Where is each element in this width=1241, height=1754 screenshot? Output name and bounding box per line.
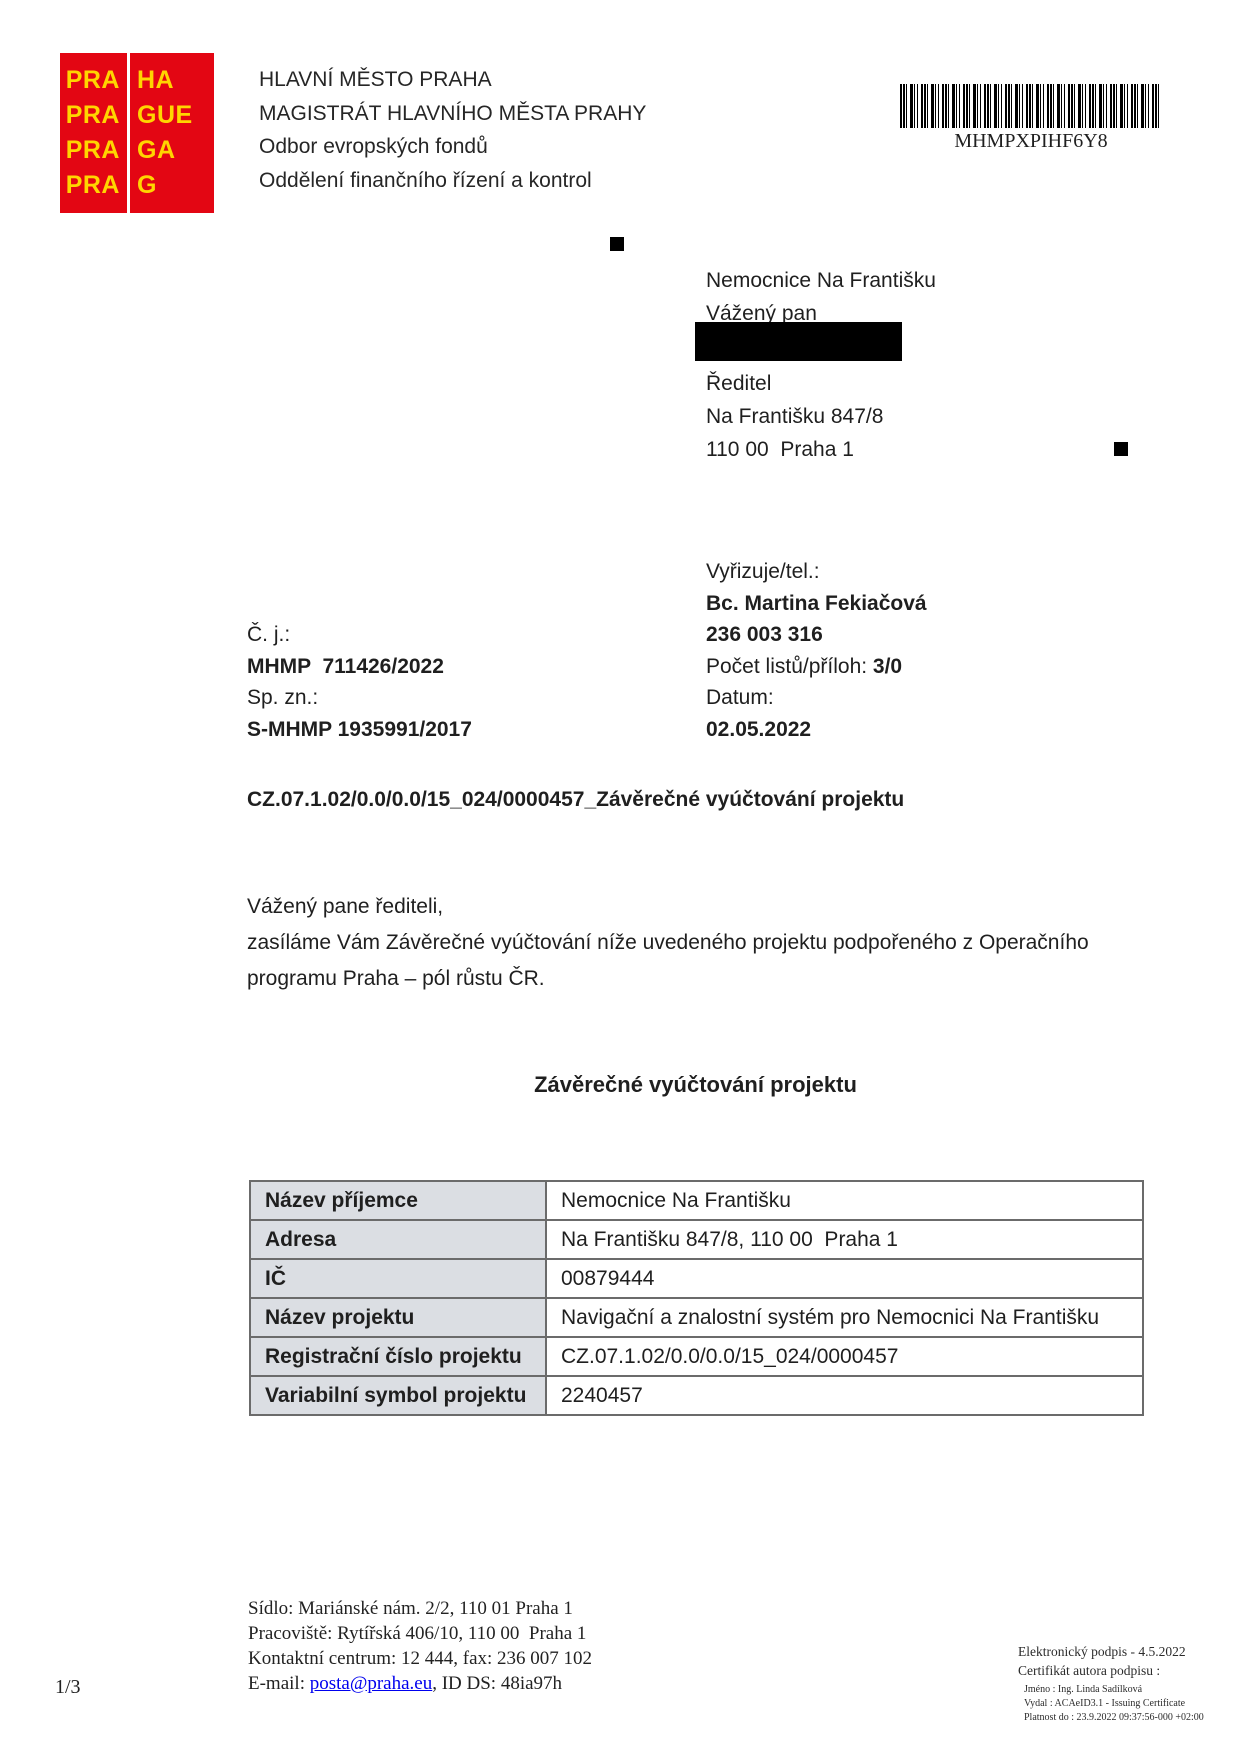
handler-label: Vyřizuje/tel.: bbox=[706, 556, 927, 588]
signature-title: Elektronický podpis - 4.5.2022 bbox=[1018, 1643, 1204, 1662]
date-value: 02.05.2022 bbox=[706, 714, 927, 746]
recipient-organization: Nemocnice Na Františku bbox=[706, 264, 936, 297]
logo-word: GUE bbox=[137, 98, 214, 133]
praha-logo-right-column: HA GUE GA G bbox=[130, 53, 214, 213]
email-suffix: , ID DS: 48ia97h bbox=[432, 1673, 562, 1694]
table-value-cell: 00879444 bbox=[546, 1259, 1143, 1298]
footer-line: Kontaktní centrum: 12 444, fax: 236 007 … bbox=[248, 1646, 592, 1671]
table-label-cell: Registrační číslo projektu bbox=[250, 1337, 546, 1376]
recipient-city: 110 00 Praha 1 bbox=[706, 433, 854, 466]
table-row: IČ 00879444 bbox=[250, 1259, 1143, 1298]
logo-word: PRA bbox=[60, 63, 120, 98]
sheets-line: Počet listů/příloh: 3/0 bbox=[706, 651, 927, 683]
logo-word: PRA bbox=[60, 168, 120, 203]
table-value-cell: CZ.07.1.02/0.0/0.0/15_024/0000457 bbox=[546, 1337, 1143, 1376]
signature-block: Elektronický podpis - 4.5.2022 Certifiká… bbox=[1018, 1643, 1204, 1725]
footer-line: Pracoviště: Rytířská 406/10, 110 00 Prah… bbox=[248, 1621, 592, 1646]
table-row: Adresa Na Františku 847/8, 110 00 Praha … bbox=[250, 1220, 1143, 1259]
body-line: programu Praha – pól růstu ČR. bbox=[247, 961, 1089, 997]
letter-body: Vážený pane řediteli, zasíláme Vám Závěr… bbox=[247, 889, 1089, 997]
table-value-cell: Navigační a znalostní systém pro Nemocni… bbox=[546, 1298, 1143, 1337]
letterhead-line: Oddělení finančního řízení a kontrol bbox=[259, 164, 646, 198]
email-link[interactable]: posta@praha.eu bbox=[310, 1673, 432, 1694]
logo-word: G bbox=[137, 168, 214, 203]
letterhead: HLAVNÍ MĚSTO PRAHA MAGISTRÁT HLAVNÍHO MĚ… bbox=[259, 63, 646, 197]
table-row: Registrační číslo projektu CZ.07.1.02/0.… bbox=[250, 1337, 1143, 1376]
signature-details: Jméno : Ing. Linda Sadílková Vydal : ACA… bbox=[1024, 1683, 1204, 1725]
signature-name: Jméno : Ing. Linda Sadílková bbox=[1024, 1683, 1204, 1697]
praha-logo: PRA PRA PRA PRA HA GUE GA G bbox=[60, 53, 214, 213]
table-value-cell: Na Františku 847/8, 110 00 Praha 1 bbox=[546, 1220, 1143, 1259]
table-value-cell: Nemocnice Na Františku bbox=[546, 1181, 1143, 1220]
praha-logo-left-column: PRA PRA PRA PRA bbox=[60, 53, 127, 213]
barcode: MHMPXPIHF6Y8 bbox=[900, 84, 1162, 153]
sheets-label: Počet listů/příloh: bbox=[706, 655, 873, 678]
table-row: Název příjemce Nemocnice Na Františku bbox=[250, 1181, 1143, 1220]
spzn-label: Sp. zn.: bbox=[247, 682, 472, 714]
signature-validity: Platnost do : 23.9.2022 09:37:56-000 +02… bbox=[1024, 1711, 1204, 1725]
signature-cert-label: Certifikát autora podpisu : bbox=[1018, 1662, 1204, 1681]
email-prefix: E-mail: bbox=[248, 1673, 310, 1694]
project-table: Název příjemce Nemocnice Na Františku Ad… bbox=[249, 1180, 1144, 1416]
cj-label: Č. j.: bbox=[247, 619, 472, 651]
table-row: Název projektu Navigační a znalostní sys… bbox=[250, 1298, 1143, 1337]
footer-line: Sídlo: Mariánské nám. 2/2, 110 01 Praha … bbox=[248, 1596, 592, 1621]
body-salutation: Vážený pane řediteli, bbox=[247, 889, 1089, 925]
section-title: Závěrečné vyúčtování projektu bbox=[247, 1072, 1144, 1098]
barcode-bars bbox=[900, 84, 1162, 128]
recipient-title: Ředitel bbox=[706, 367, 771, 400]
footer-contact: Sídlo: Mariánské nám. 2/2, 110 01 Praha … bbox=[248, 1596, 592, 1696]
date-label: Datum: bbox=[706, 682, 927, 714]
spzn-value: S-MHMP 1935991/2017 bbox=[247, 714, 472, 746]
footer-email-line: E-mail: posta@praha.eu, ID DS: 48ia97h bbox=[248, 1671, 592, 1696]
barcode-value: MHMPXPIHF6Y8 bbox=[900, 130, 1162, 153]
fold-mark-top bbox=[610, 237, 624, 251]
logo-word: PRA bbox=[60, 133, 120, 168]
subject-line: CZ.07.1.02/0.0/0.0/15_024/0000457_Závěre… bbox=[247, 788, 904, 812]
table-value-cell: 2240457 bbox=[546, 1376, 1143, 1415]
sheets-value: 3/0 bbox=[873, 655, 902, 678]
recipient-street: Na Františku 847/8 bbox=[706, 400, 883, 433]
body-line: zasíláme Vám Závěrečné vyúčtování níže u… bbox=[247, 925, 1089, 961]
letterhead-line: Odbor evropských fondů bbox=[259, 130, 646, 164]
logo-word: HA bbox=[137, 63, 214, 98]
table-label-cell: Variabilní symbol projektu bbox=[250, 1376, 546, 1415]
table-row: Variabilní symbol projektu 2240457 bbox=[250, 1376, 1143, 1415]
letterhead-line: MAGISTRÁT HLAVNÍHO MĚSTA PRAHY bbox=[259, 97, 646, 131]
table-label-cell: IČ bbox=[250, 1259, 546, 1298]
document-page: PRA PRA PRA PRA HA GUE GA G HLAVNÍ MĚSTO… bbox=[0, 0, 1241, 1754]
reference-right-column: Vyřizuje/tel.: Bc. Martina Fekiačová 236… bbox=[706, 556, 927, 745]
reference-left-column: Č. j.: MHMP 711426/2022 Sp. zn.: S-MHMP … bbox=[247, 619, 472, 745]
signature-issuer: Vydal : ACAeID3.1 - Issuing Certificate bbox=[1024, 1697, 1204, 1711]
handler-name: Bc. Martina Fekiačová bbox=[706, 588, 927, 620]
letterhead-line: HLAVNÍ MĚSTO PRAHA bbox=[259, 63, 646, 97]
handler-phone: 236 003 316 bbox=[706, 619, 927, 651]
logo-word: GA bbox=[137, 133, 214, 168]
table-label-cell: Adresa bbox=[250, 1220, 546, 1259]
table-label-cell: Název příjemce bbox=[250, 1181, 546, 1220]
redacted-name bbox=[695, 322, 902, 361]
fold-mark-right bbox=[1114, 442, 1128, 456]
page-number: 1/3 bbox=[55, 1676, 81, 1699]
table-label-cell: Název projektu bbox=[250, 1298, 546, 1337]
cj-value: MHMP 711426/2022 bbox=[247, 651, 472, 683]
logo-word: PRA bbox=[60, 98, 120, 133]
